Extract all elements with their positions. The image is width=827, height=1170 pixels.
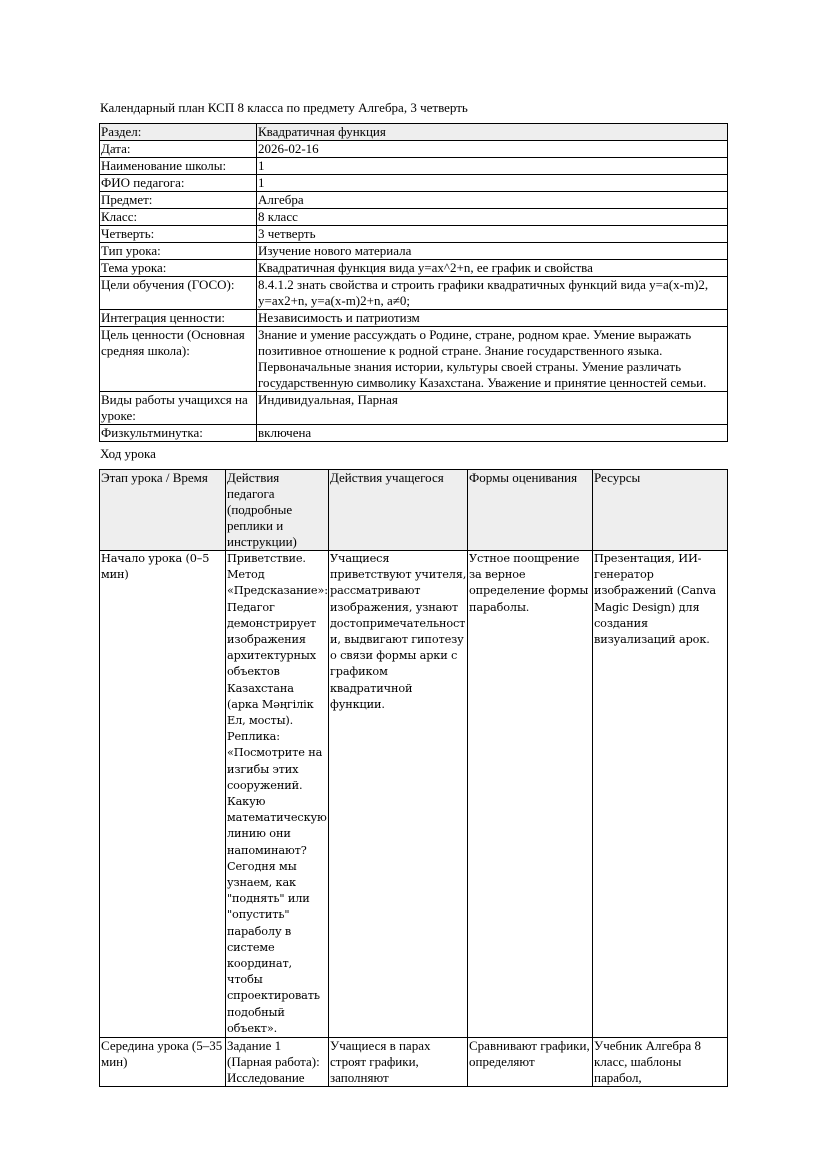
header-stage: Этап урока / Время [100,470,226,551]
info-value: 8 класс [257,209,728,226]
lesson-table-header: Этап урока / Время Действия педагога (по… [100,470,728,551]
info-row-lesson-type: Тип урока: Изучение нового материала [100,243,728,260]
cell-stage: Середина урока (5–35 мин) [100,1038,226,1087]
info-label: Наименование школы: [100,158,257,175]
info-row-quarter: Четверть: 3 четверть [100,226,728,243]
info-label: Предмет: [100,192,257,209]
info-value: 3 четверть [257,226,728,243]
cell-student-actions: Учащиеся в парах строят графики, заполня… [329,1038,468,1087]
info-label: ФИО педагога: [100,175,257,192]
cell-stage: Начало урока (0–5 мин) [100,551,226,1038]
info-value: Знание и умение рассуждать о Родине, стр… [257,327,728,392]
info-label: Виды работы учащихся на уроке: [100,392,257,425]
info-value: Индивидуальная, Парная [257,392,728,425]
info-value: включена [257,425,728,442]
info-label: Тема урока: [100,260,257,277]
header-assessment: Формы оценивания [468,470,593,551]
table-row: Середина урока (5–35 мин) Задание 1 (Пар… [100,1038,728,1087]
info-row-value-integration: Интеграция ценности: Независимость и пат… [100,310,728,327]
info-label: Дата: [100,141,257,158]
info-label: Класс: [100,209,257,226]
info-label: Цель ценности (Основная средняя школа): [100,327,257,392]
info-value: Алгебра [257,192,728,209]
cell-assessment: Сравнивают графики, определяют [468,1038,593,1087]
info-row-learning-goals: Цели обучения (ГОСО): 8.4.1.2 знать свой… [100,277,728,310]
info-row-section: Раздел: Квадратичная функция [100,124,728,141]
cell-student-actions: Учащиеся приветствуют учителя, рассматри… [329,551,468,1038]
info-label: Цели обучения (ГОСО): [100,277,257,310]
info-row-physical-break: Физкультминутка: включена [100,425,728,442]
cell-resources: Презентация, ИИ-генератор изображений (C… [593,551,728,1038]
info-row-date: Дата: 2026-02-16 [100,141,728,158]
info-row-lesson-topic: Тема урока: Квадратичная функция вида y=… [100,260,728,277]
document-title: Календарный план КСП 8 класса по предмет… [100,100,468,116]
info-value: 1 [257,158,728,175]
info-row-value-goal: Цель ценности (Основная средняя школа): … [100,327,728,392]
cell-assessment: Устное поощрение за верное определение ф… [468,551,593,1038]
info-value: Независимость и патриотизм [257,310,728,327]
info-row-teacher: ФИО педагога: 1 [100,175,728,192]
info-value: Квадратичная функция [257,124,728,141]
info-value: 8.4.1.2 знать свойства и строить графики… [257,277,728,310]
info-value: Квадратичная функция вида y=ax^2+n, ее г… [257,260,728,277]
header-resources: Ресурсы [593,470,728,551]
header-student-actions: Действия учащегося [329,470,468,551]
cell-teacher-actions: Задание 1 (Парная работа): Исследование [226,1038,329,1087]
lesson-progress-table: Этап урока / Время Действия педагога (по… [99,469,728,1087]
info-value: Изучение нового материала [257,243,728,260]
cell-teacher-actions: Приветствие. Метод «Предсказание»: Педаг… [226,551,329,1038]
info-label: Тип урока: [100,243,257,260]
info-row-subject: Предмет: Алгебра [100,192,728,209]
info-label: Раздел: [100,124,257,141]
info-value: 2026-02-16 [257,141,728,158]
cell-resources: Учебник Алгебра 8 класс, шаблоны парабол… [593,1038,728,1087]
info-value: 1 [257,175,728,192]
lesson-info-table: Раздел: Квадратичная функция Дата: 2026-… [99,123,728,442]
lesson-progress-heading: Ход урока [100,446,156,462]
info-label: Интеграция ценности: [100,310,257,327]
info-label: Физкультминутка: [100,425,257,442]
table-row: Начало урока (0–5 мин) Приветствие. Мето… [100,551,728,1038]
info-row-work-types: Виды работы учащихся на уроке: Индивидуа… [100,392,728,425]
info-row-grade: Класс: 8 класс [100,209,728,226]
info-label: Четверть: [100,226,257,243]
header-teacher-actions: Действия педагога (подробные реплики и и… [226,470,329,551]
info-row-school: Наименование школы: 1 [100,158,728,175]
